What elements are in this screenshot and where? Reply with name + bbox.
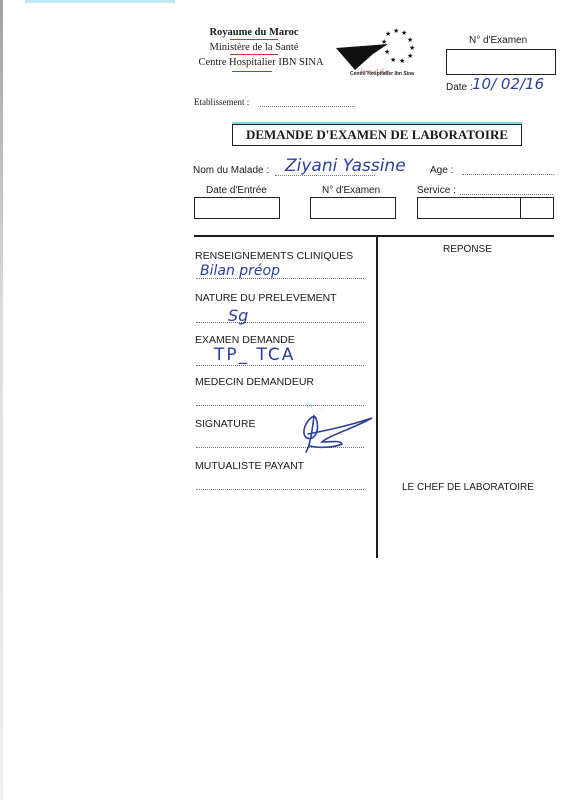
- svg-text:★: ★: [401, 29, 407, 37]
- signature-icon: [298, 412, 376, 454]
- exam-number-label-2: N° d'Examen: [322, 185, 380, 196]
- svg-text:★: ★: [399, 57, 405, 65]
- clinical-info-label: RENSEIGNEMENTS CLINIQUES: [195, 250, 353, 262]
- underline-red: [230, 54, 278, 55]
- response-label: REPONSE: [443, 244, 492, 255]
- requesting-doctor-field[interactable]: [196, 405, 364, 406]
- insured-payer-label: MUTUALISTE PAYANT: [195, 460, 304, 472]
- svg-text:★: ★: [407, 36, 413, 44]
- scan-tint: [25, 0, 175, 3]
- lab-chief-label: LE CHEF DE LABORATOIRE: [402, 482, 534, 493]
- entry-date-field[interactable]: [194, 197, 280, 219]
- exam-number-field[interactable]: [446, 49, 556, 75]
- sample-type-field[interactable]: [196, 322, 364, 323]
- clinical-info-value: Bilan préop: [200, 263, 280, 279]
- exam-number-field-2[interactable]: [310, 197, 396, 219]
- ministry-name: Ministère de la Santé: [184, 41, 324, 55]
- insured-payer-field[interactable]: [196, 489, 364, 490]
- age-field[interactable]: [462, 174, 554, 175]
- response-area[interactable]: [385, 260, 550, 475]
- etablissement-field[interactable]: [260, 106, 355, 107]
- table-top-border: [194, 235, 554, 237]
- service-divider: [520, 197, 521, 219]
- column-divider: [376, 235, 378, 558]
- date-label: Date :: [446, 82, 473, 93]
- form-title: DEMANDE D'EXAMEN DE LABORATOIRE: [232, 124, 522, 146]
- svg-text:★: ★: [384, 48, 390, 56]
- country-name: Royaume du Maroc: [184, 26, 324, 40]
- exam-number-label: N° d'Examen: [469, 35, 527, 46]
- underline-red: [230, 39, 278, 40]
- patient-name-label: Nom du Malade :: [193, 165, 269, 176]
- service-label: Service :: [417, 185, 456, 196]
- service-dots: [460, 194, 553, 195]
- sample-type-label: NATURE DU PRELEVEMENT: [195, 292, 337, 304]
- service-field[interactable]: [417, 197, 554, 219]
- requesting-doctor-label: MEDECIN DEMANDEUR: [195, 376, 314, 388]
- sample-type-value: Sg: [228, 306, 248, 325]
- svg-text:★: ★: [381, 38, 387, 46]
- svg-text:★: ★: [385, 30, 391, 38]
- scan-edge: [0, 0, 3, 800]
- logo-caption: Centre Hospitalier Ibn Sina: [350, 71, 414, 77]
- patient-name-value: Ziyani Yassine: [285, 156, 406, 176]
- exam-requested-value: TP_ TCA: [214, 345, 295, 365]
- entry-date-label: Date d'Entrée: [206, 185, 267, 196]
- svg-text:★: ★: [409, 44, 415, 52]
- underline-blue: [232, 71, 272, 72]
- hospital-name: Centre Hospitalier IBN SINA: [186, 56, 336, 70]
- svg-text:★: ★: [393, 27, 399, 35]
- signature-label: SIGNATURE: [195, 418, 255, 430]
- age-label: Age :: [430, 165, 453, 176]
- etablissement-label: Etablissement :: [194, 97, 249, 107]
- date-value[interactable]: 10/ 02/16: [472, 75, 544, 93]
- svg-text:★: ★: [407, 52, 413, 60]
- exam-requested-field[interactable]: [196, 365, 364, 366]
- svg-text:★: ★: [390, 56, 396, 64]
